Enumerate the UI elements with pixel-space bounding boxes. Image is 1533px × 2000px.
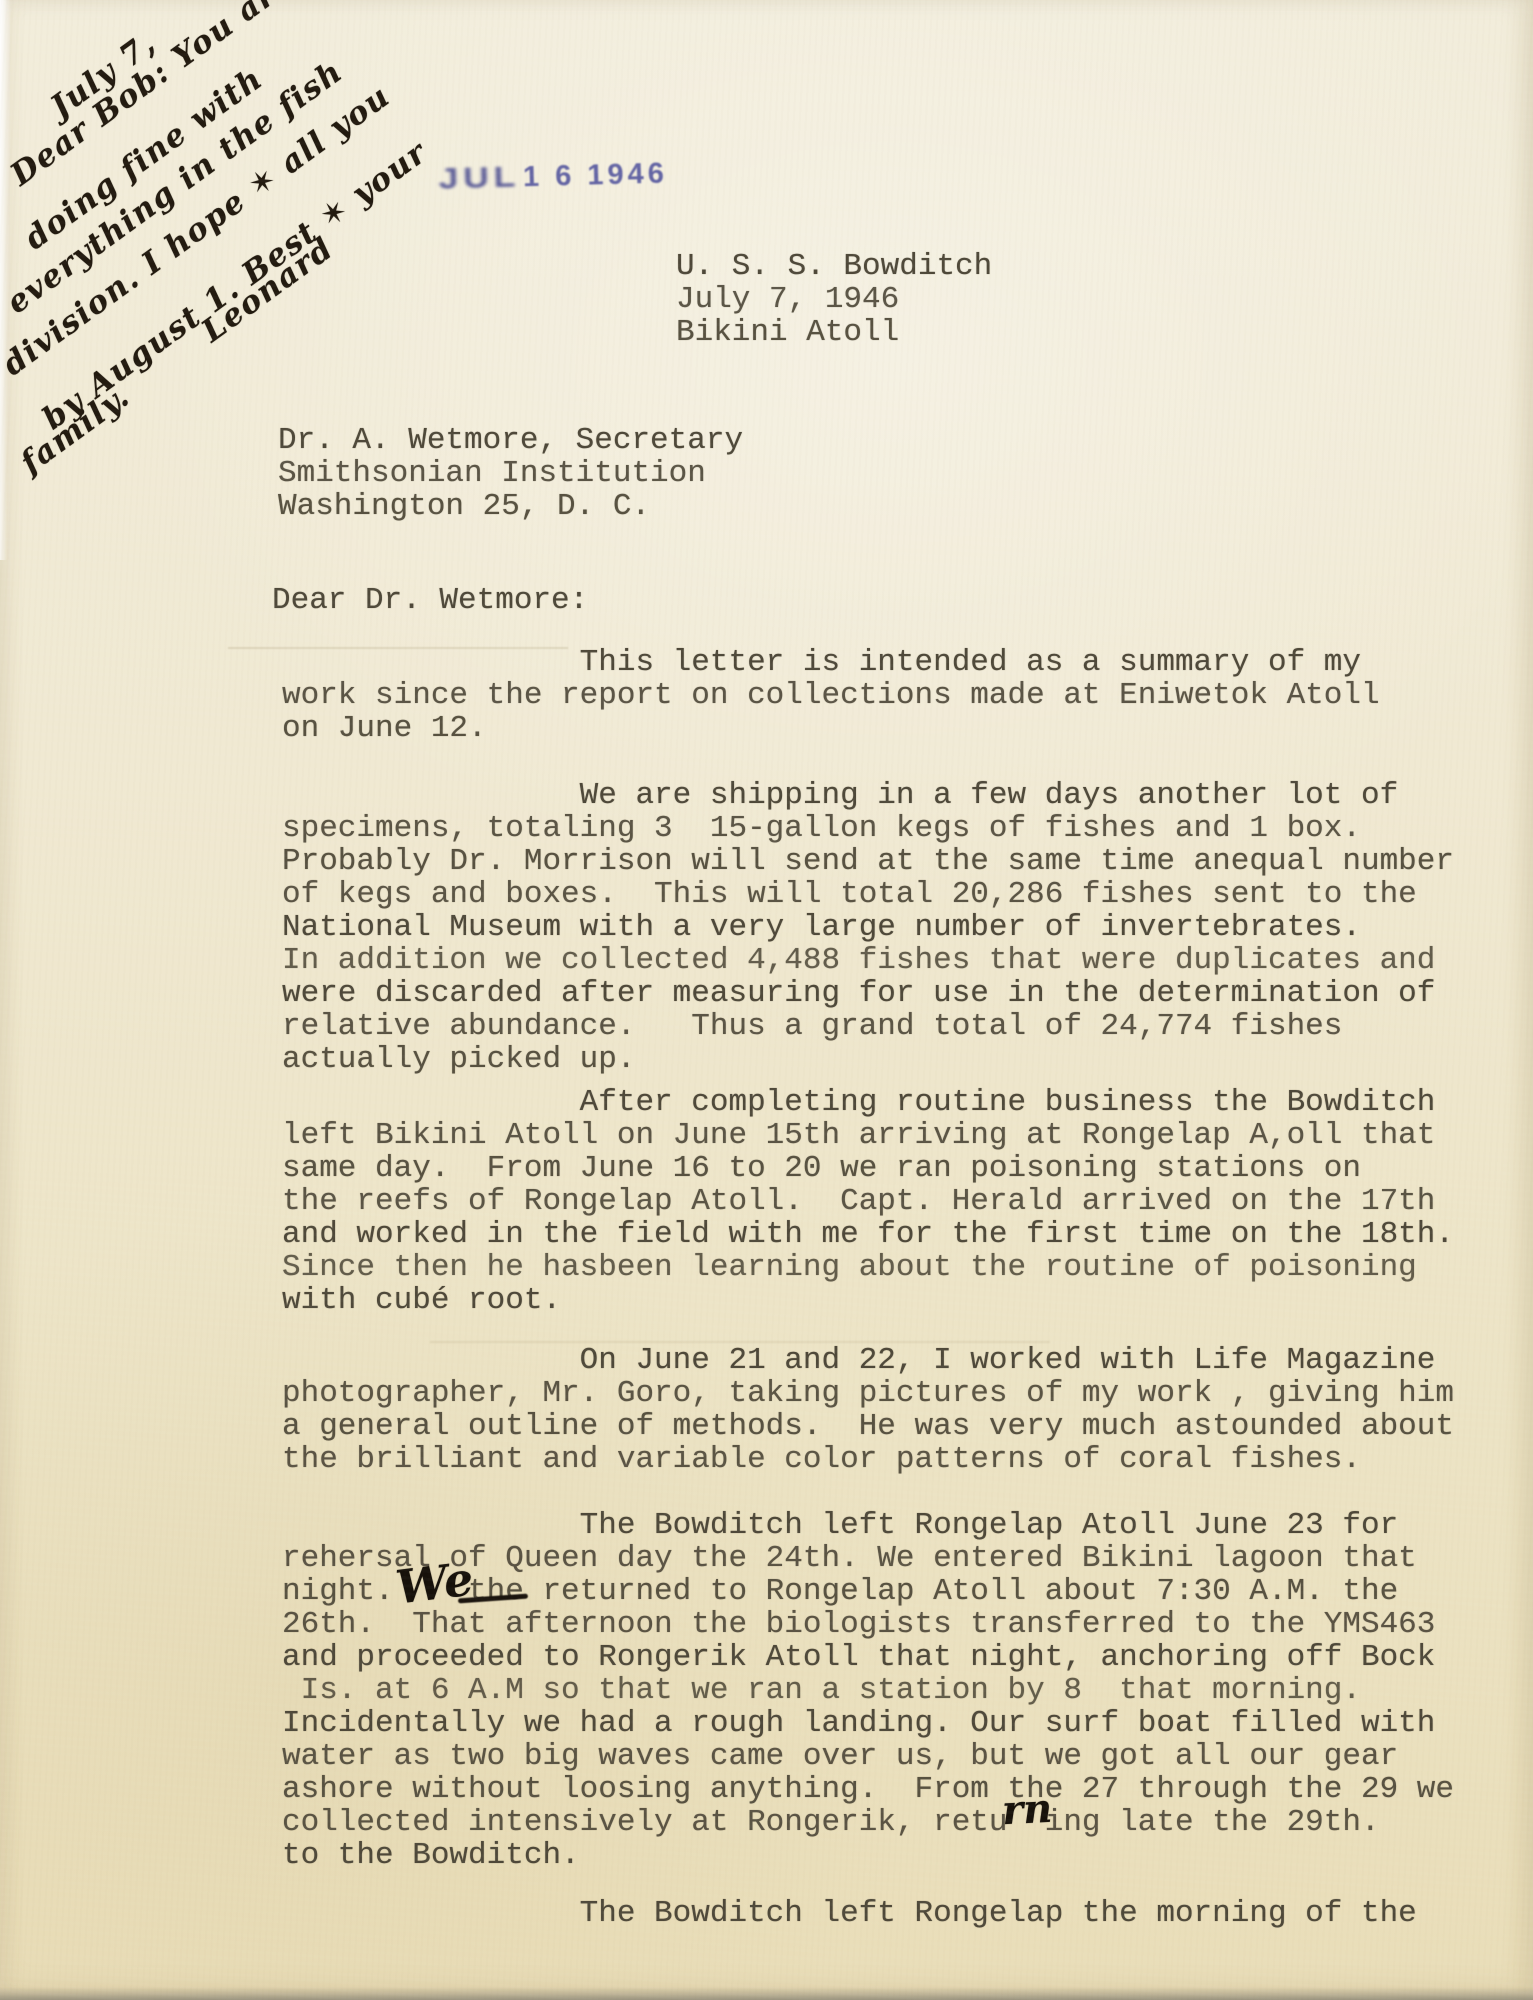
typed-line: same day. From June 16 to 20 we ran pois… xyxy=(282,1152,1454,1185)
typed-line: work since the report on collections mad… xyxy=(282,679,1380,712)
typed-line: and worked in the field with me for the … xyxy=(282,1218,1454,1251)
scanned-letter-page: July 7, Dear Bob: You are doing fine wit… xyxy=(0,0,1533,2000)
typed-line: The Bowditch left Rongelap the morning o… xyxy=(282,1897,1417,1930)
typed-line: and proceeded to Rongerik Atoll that nig… xyxy=(282,1641,1454,1674)
recipient-address: Dr. A. Wetmore, SecretarySmithsonian Ins… xyxy=(278,424,743,523)
typed-line: National Museum with a very large number… xyxy=(282,911,1454,944)
salutation: Dear Dr. Wetmore: xyxy=(272,584,588,617)
letter-heading: U. S. S. BowditchJuly 7, 1946Bikini Atol… xyxy=(676,250,992,349)
address-line: Washington 25, D. C. xyxy=(278,490,743,523)
typed-line: specimens, totaling 3 15-gallon kegs of … xyxy=(282,812,1454,845)
typed-line: left Bikini Atoll on June 15th arriving … xyxy=(282,1119,1454,1152)
typed-line: with cubé root. xyxy=(282,1284,1454,1317)
paragraph-6: The Bowditch left Rongelap the morning o… xyxy=(282,1897,1417,1930)
typed-line: relative abundance. Thus a grand total o… xyxy=(282,1010,1454,1043)
ink-correction-we: We xyxy=(393,1551,476,1614)
typed-line: Is. at 6 A.M so that we ran a station by… xyxy=(282,1674,1454,1707)
typed-line: Incidentally we had a rough landing. Our… xyxy=(282,1707,1454,1740)
date-stamp-day-year: 1 6 1946 xyxy=(523,157,669,193)
typed-line: collected intensively at Rongerik, retu … xyxy=(282,1806,1454,1839)
paragraph-4: On June 21 and 22, I worked with Life Ma… xyxy=(282,1344,1454,1476)
typed-line: were discarded after measuring for use i… xyxy=(282,977,1454,1010)
typed-line: of kegs and boxes. This will total 20,28… xyxy=(282,878,1454,911)
typed-line: In addition we collected 4,488 fishes th… xyxy=(282,944,1454,977)
paragraph-2: We are shipping in a few days another lo… xyxy=(282,779,1454,1076)
typed-line: 26th. That afternoon the biologists tran… xyxy=(282,1608,1454,1641)
paragraph-1: This letter is intended as a summary of … xyxy=(282,646,1380,745)
typed-line: photographer, Mr. Goro, taking pictures … xyxy=(282,1377,1454,1410)
heading-line: U. S. S. Bowditch xyxy=(676,250,992,283)
typed-line: On June 21 and 22, I worked with Life Ma… xyxy=(282,1344,1454,1377)
scan-edge-left xyxy=(0,0,11,560)
address-line: Smithsonian Institution xyxy=(278,457,743,490)
paragraph-3: After completing routine business the Bo… xyxy=(282,1086,1454,1317)
heading-line: July 7, 1946 xyxy=(676,283,992,316)
date-stamp: JUL1 6 1946 xyxy=(397,124,669,230)
date-stamp-month: JUL xyxy=(438,161,520,196)
typed-line: This letter is intended as a summary of … xyxy=(282,646,1380,679)
typed-line: water as two big waves came over us, but… xyxy=(282,1740,1454,1773)
typed-line: Since then he hasbeen learning about the… xyxy=(282,1251,1454,1284)
typed-line: actually picked up. xyxy=(282,1043,1454,1076)
typed-line: a general outline of methods. He was ver… xyxy=(282,1410,1454,1443)
typed-line: We are shipping in a few days another lo… xyxy=(282,779,1454,812)
typed-line: ashore without loosing anything. From th… xyxy=(282,1773,1454,1806)
typed-line: the reefs of Rongelap Atoll. Capt. Heral… xyxy=(282,1185,1454,1218)
heading-line: Bikini Atoll xyxy=(676,316,992,349)
address-line: Dr. A. Wetmore, Secretary xyxy=(278,424,743,457)
typed-line: The Bowditch left Rongelap Atoll June 23… xyxy=(282,1509,1454,1542)
ink-correction-rn: rn xyxy=(1001,1785,1054,1835)
scan-edge-bottom xyxy=(0,1987,1533,2000)
typed-line: Probably Dr. Morrison will send at the s… xyxy=(282,845,1454,878)
typed-line: on June 12. xyxy=(282,712,1380,745)
typed-line: to the Bowditch. xyxy=(282,1839,1454,1872)
typed-line: After completing routine business the Bo… xyxy=(282,1086,1454,1119)
typed-line: the brilliant and variable color pattern… xyxy=(282,1443,1454,1476)
